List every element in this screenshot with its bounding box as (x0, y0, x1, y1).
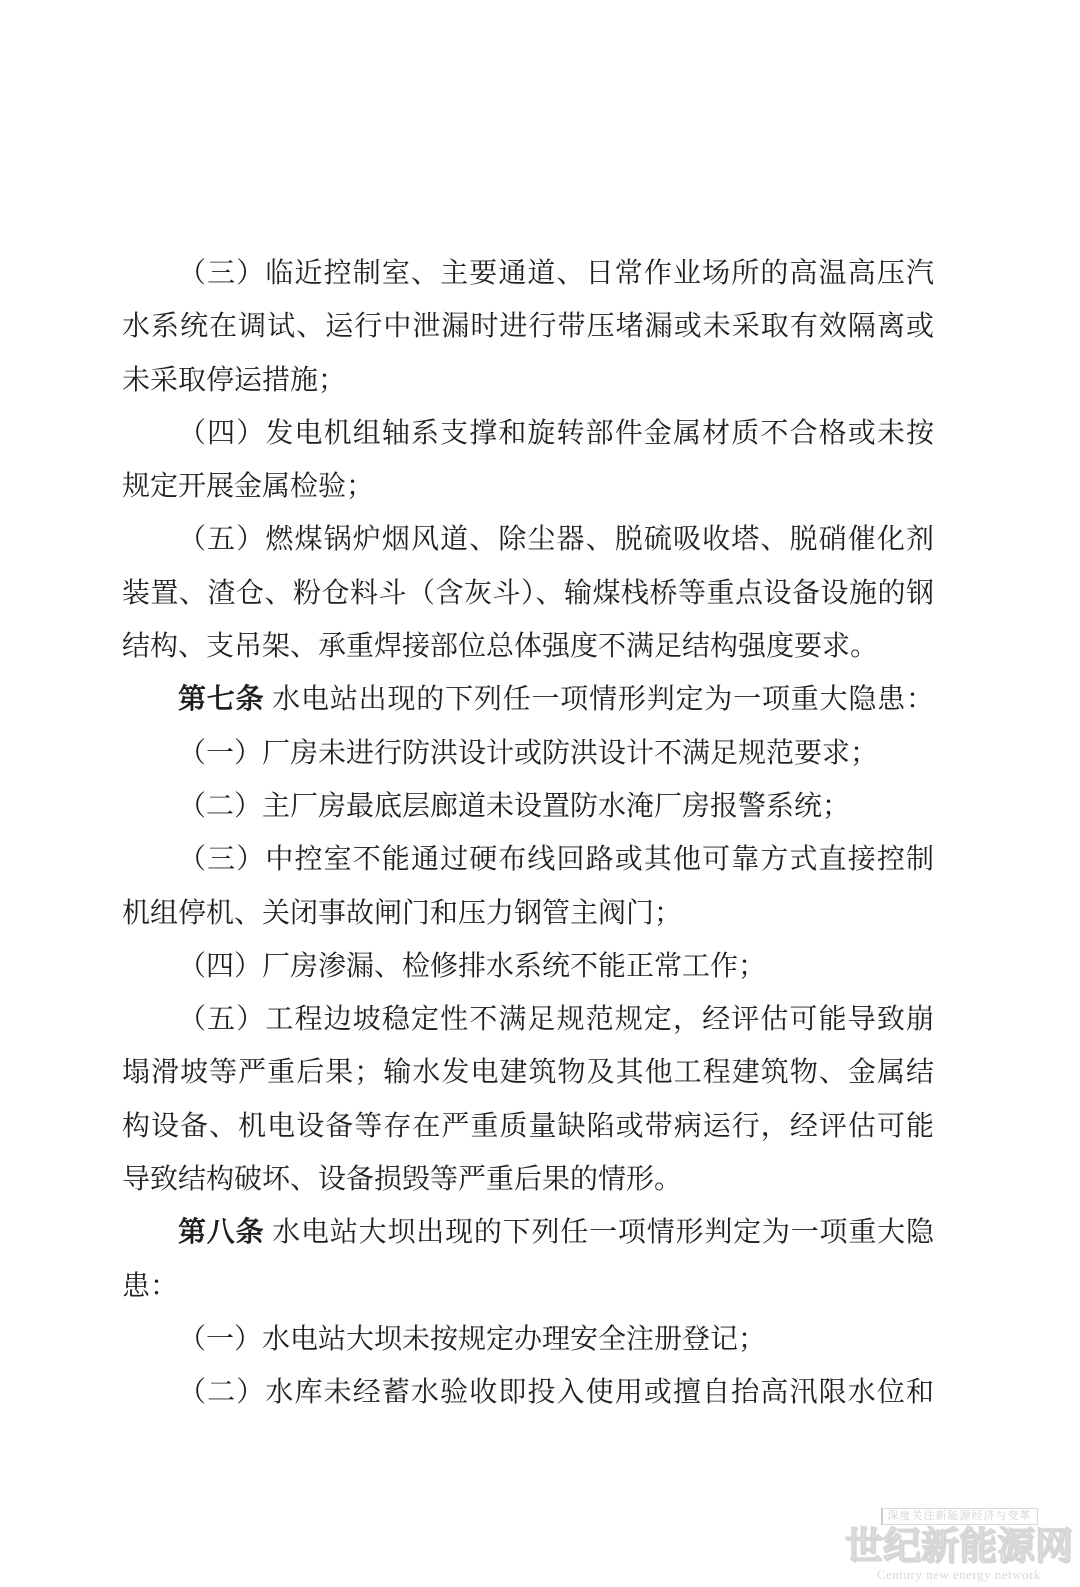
watermark-tagline-row: 深度关注新能源经济与变革 (838, 1506, 1080, 1527)
text-line: 导致结构破坏、设备损毁等严重后果的情形。 (122, 1153, 934, 1206)
document-body: （三）临近控制室、主要通道、日常作业场所的高温高压汽水系统在调试、运行中泄漏时进… (122, 247, 934, 1420)
text-line: （一）厂房未进行防洪设计或防洪设计不满足规范要求； (122, 727, 934, 780)
watermark-logo: 世纪新能源网 (838, 1527, 1080, 1567)
watermark-subtitle: Century new energy network (838, 1567, 1080, 1582)
article-number: 第八条 (178, 1217, 264, 1248)
text-line: （三）中控室不能通过硬布线回路或其他可靠方式直接控制 (122, 833, 934, 886)
text-line: 结构、支吊架、承重焊接部位总体强度不满足结构强度要求。 (122, 620, 934, 673)
text-line: 水系统在调试、运行中泄漏时进行带压堵漏或未采取有效隔离或 (122, 300, 934, 353)
text-line: 第八条 水电站大坝出现的下列任一项情形判定为一项重大隐 (122, 1206, 934, 1259)
text-line: 患： (122, 1260, 934, 1313)
text-line: 机组停机、关闭事故闸门和压力钢管主阀门； (122, 887, 934, 940)
text-line: （一）水电站大坝未按规定办理安全注册登记； (122, 1313, 934, 1366)
text-line: （五）燃煤锅炉烟风道、除尘器、脱硫吸收塔、脱硝催化剂 (122, 513, 934, 566)
text-line: 第七条 水电站出现的下列任一项情形判定为一项重大隐患： (122, 673, 934, 726)
text-line: （四）发电机组轴系支撑和旋转部件金属材质不合格或未按 (122, 407, 934, 460)
text-line: 规定开展金属检验； (122, 460, 934, 513)
text-line: （四）厂房渗漏、检修排水系统不能正常工作； (122, 940, 934, 993)
article-number: 第七条 (178, 684, 264, 715)
text-line: 未采取停运措施； (122, 354, 934, 407)
text-line: （五）工程边坡稳定性不满足规范规定，经评估可能导致崩 (122, 993, 934, 1046)
text-line: （二）水库未经蓄水验收即投入使用或擅自抬高汛限水位和 (122, 1366, 934, 1419)
text-line: 装置、渣仓、粉仓料斗（含灰斗）、输煤栈桥等重点设备设施的钢 (122, 567, 934, 620)
text-line: （三）临近控制室、主要通道、日常作业场所的高温高压汽 (122, 247, 934, 300)
watermark-tagline: 深度关注新能源经济与变革 (881, 1508, 1038, 1525)
document-page: （三）临近控制室、主要通道、日常作业场所的高温高压汽水系统在调试、运行中泄漏时进… (0, 0, 1080, 1587)
watermark: 深度关注新能源经济与变革 世纪新能源网 Century new energy n… (838, 1506, 1080, 1582)
text-line: 塌滑坡等严重后果；输水发电建筑物及其他工程建筑物、金属结 (122, 1046, 934, 1099)
text-line: 构设备、机电设备等存在严重质量缺陷或带病运行，经评估可能 (122, 1100, 934, 1153)
text-line: （二）主厂房最底层廊道未设置防水淹厂房报警系统； (122, 780, 934, 833)
